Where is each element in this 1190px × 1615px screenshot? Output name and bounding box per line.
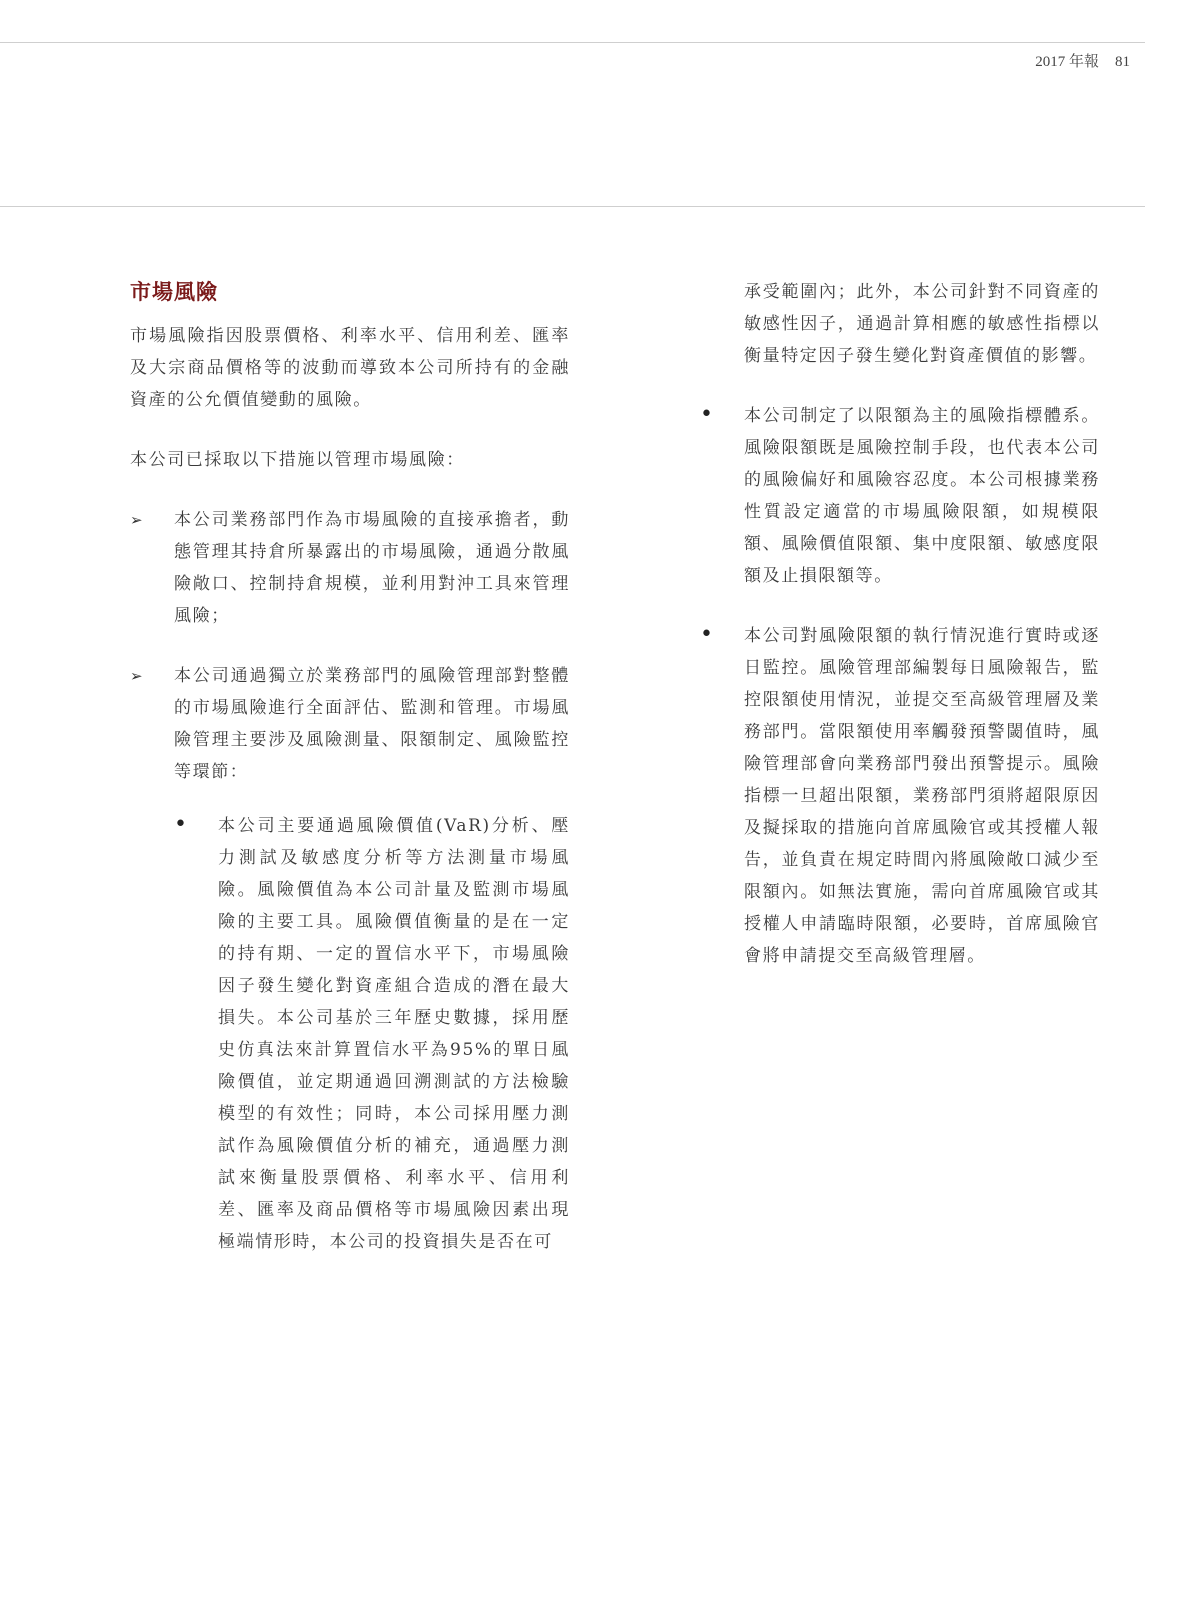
lead-paragraph: 本公司已採取以下措施以管理市場風險： <box>130 444 570 476</box>
sub-list-item: • 本公司對風險限額的執行情況進行實時或逐日監控。風險管理部編製每日風險報告，監… <box>700 620 1100 972</box>
sub-list-item-text: 本公司主要通過風險價值(VaR)分析、壓力測試及敏感度分析等方法測量市場風險。風… <box>218 810 570 1258</box>
sub-list-item-text: 本公司對風險限額的執行情況進行實時或逐日監控。風險管理部編製每日風險報告，監控限… <box>744 620 1100 972</box>
dot-bullet-icon: • <box>700 400 744 592</box>
list-item: ➢ 本公司通過獨立於業務部門的風險管理部對整體的市場風險進行全面評估、監測和管理… <box>130 660 570 1258</box>
sub-list-item-continuation: 承受範圍內；此外，本公司針對不同資產的敏感性因子，通過計算相應的敏感性指標以衡量… <box>700 276 1100 372</box>
page-number: 81 <box>1115 54 1130 71</box>
list-item-text: 本公司業務部門作為市場風險的直接承擔者，動態管理其持倉所暴露出的市場風險，通過分… <box>174 504 570 632</box>
sub-list-item: • 本公司制定了以限額為主的風險指標體系。風險限額既是風險控制手段，也代表本公司… <box>700 400 1100 592</box>
intro-paragraph: 市場風險指因股票價格、利率水平、信用利差、匯率及大宗商品價格等的波動而導致本公司… <box>130 320 570 416</box>
dot-bullet-icon: • <box>174 810 218 1258</box>
right-column: 承受範圍內；此外，本公司針對不同資產的敏感性因子，通過計算相應的敏感性指標以衡量… <box>700 276 1100 1000</box>
header-rule-top <box>0 42 1145 43</box>
arrow-bullet-icon: ➢ <box>130 504 174 632</box>
list-item-text: 本公司通過獨立於業務部門的風險管理部對整體的市場風險進行全面評估、監測和管理。市… <box>174 660 570 788</box>
report-title: 2017 年報 <box>1035 50 1099 71</box>
arrow-bullet-icon: ➢ <box>130 660 174 1258</box>
list-item: ➢ 本公司業務部門作為市場風險的直接承擔者，動態管理其持倉所暴露出的市場風險，通… <box>130 504 570 632</box>
sub-list-item: • 本公司主要通過風險價值(VaR)分析、壓力測試及敏感度分析等方法測量市場風險… <box>174 810 570 1258</box>
sub-list-item-text: 本公司制定了以限額為主的風險指標體系。風險限額既是風險控制手段，也代表本公司的風… <box>744 400 1100 592</box>
dot-bullet-icon: • <box>700 620 744 972</box>
running-header: 2017 年報 81 <box>1035 50 1130 71</box>
section-heading: 市場風險 <box>130 276 570 306</box>
left-column: 市場風險 市場風險指因股票價格、利率水平、信用利差、匯率及大宗商品價格等的波動而… <box>130 276 570 1286</box>
header-rule-bottom <box>0 206 1145 207</box>
